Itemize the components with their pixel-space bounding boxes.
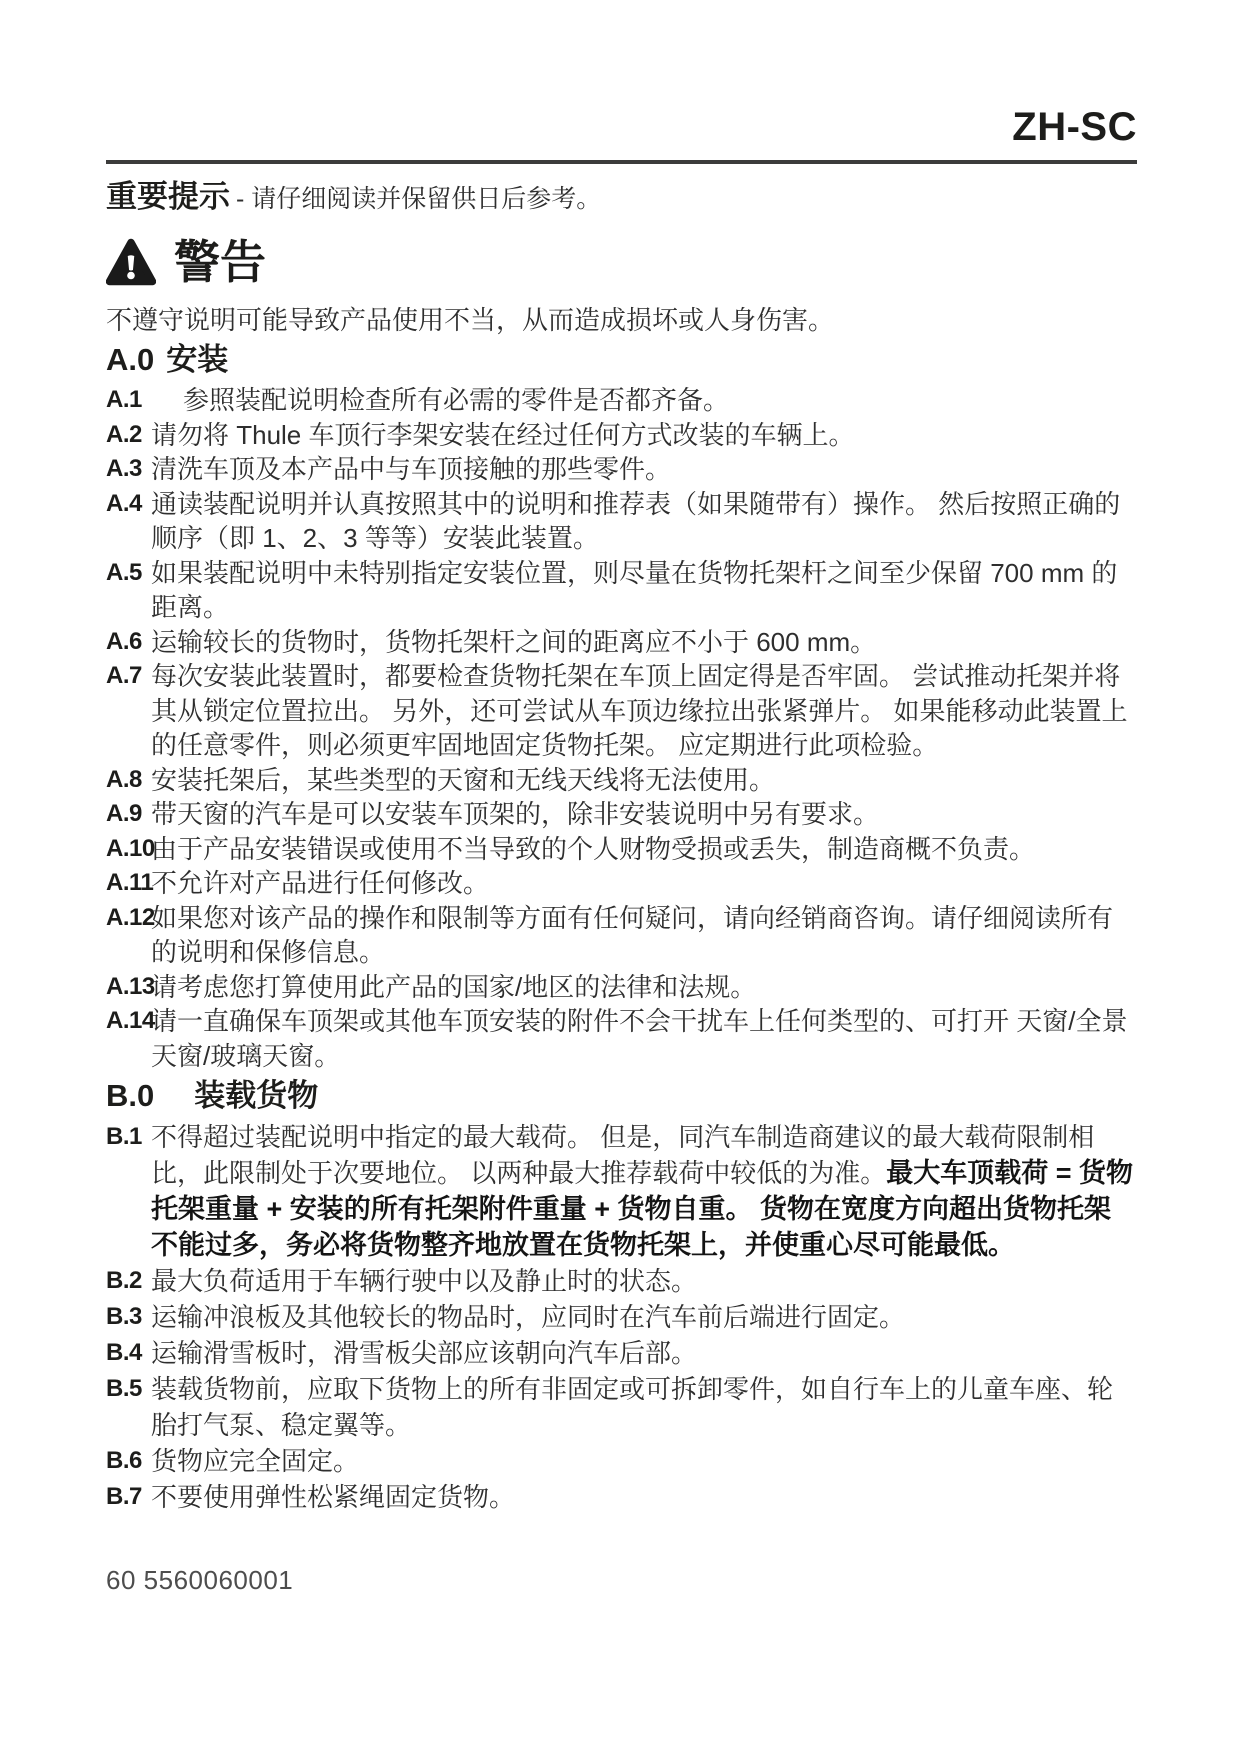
- important-notice-text: - 请仔细阅读并保留供日后参考。: [236, 185, 601, 213]
- item-b7: B.7不要使用弹性松紧绳固定货物。: [106, 1479, 1137, 1515]
- item-text: 由于产品安装错误或使用不当导致的个人财物受损或丢失，制造商概不负责。: [151, 832, 1137, 867]
- item-a13: A.13请考虑您打算使用此产品的国家/地区的法律和法规。: [106, 970, 1137, 1005]
- item-text: 参照装配说明检查所有必需的零件是否都齐备。: [151, 383, 1137, 418]
- warning-header: 警告: [106, 230, 1137, 294]
- section-id: A.0: [106, 342, 154, 377]
- item-text: 清洗车顶及本产品中与车顶接触的那些零件。: [151, 452, 1137, 487]
- item-number: B.5: [106, 1371, 151, 1443]
- item-a4: A.4通读装配说明并认真按照其中的说明和推荐表（如果随带有）操作。 然后按照正确…: [106, 487, 1137, 556]
- language-code-label: ZH-SC: [106, 106, 1137, 148]
- item-number: A.2: [106, 418, 151, 453]
- warning-title: 警告: [174, 239, 266, 285]
- item-text: 运输冲浪板及其他较长的物品时，应同时在汽车前后端进行固定。: [151, 1299, 1137, 1335]
- item-text: 请勿将 Thule 车顶行李架安装在经过任何方式改装的车辆上。: [151, 418, 1137, 453]
- item-text: 运输较长的货物时，货物托架杆之间的距离应不小于 600 mm。: [151, 625, 1137, 660]
- item-text: 不允许对产品进行任何修改。: [151, 866, 1137, 901]
- item-a1: A.1参照装配说明检查所有必需的零件是否都齐备。: [106, 383, 1137, 418]
- item-number: A.7: [106, 659, 151, 763]
- item-number: B.3: [106, 1299, 151, 1335]
- item-number: B.6: [106, 1443, 151, 1479]
- item-a5: A.5如果装配说明中未特别指定安装位置，则尽量在货物托架杆之间至少保留 700 …: [106, 556, 1137, 625]
- item-text: 安装托架后，某些类型的天窗和无线天线将无法使用。: [151, 763, 1137, 798]
- item-text: 每次安装此装置时，都要检查货物托架在车顶上固定得是否牢固。 尝试推动托架并将其从…: [151, 659, 1137, 763]
- item-number: A.4: [106, 487, 151, 556]
- item-a2: A.2请勿将 Thule 车顶行李架安装在经过任何方式改装的车辆上。: [106, 418, 1137, 453]
- item-number: A.14: [106, 1004, 151, 1073]
- installation-items: A.1参照装配说明检查所有必需的零件是否都齐备。 A.2请勿将 Thule 车顶…: [106, 383, 1137, 1073]
- item-number: A.5: [106, 556, 151, 625]
- item-number: B.2: [106, 1263, 151, 1299]
- important-notice-title: 重要提示: [106, 179, 230, 214]
- important-notice: 重要提示- 请仔细阅读并保留供日后参考。: [106, 179, 1137, 217]
- item-number: A.12: [106, 901, 151, 970]
- item-b4: B.4运输滑雪板时，滑雪板尖部应该朝向汽车后部。: [106, 1335, 1137, 1371]
- warning-triangle-icon: [106, 231, 156, 293]
- section-name: 安装: [166, 342, 228, 377]
- section-id: B.0: [106, 1078, 154, 1113]
- item-text: 运输滑雪板时，滑雪板尖部应该朝向汽车后部。: [151, 1335, 1137, 1371]
- item-text: 不得超过装配说明中指定的最大载荷。 但是，同汽车制造商建议的最大载荷限制相比，此…: [151, 1119, 1137, 1263]
- item-text: 不要使用弹性松紧绳固定货物。: [151, 1479, 1137, 1515]
- item-text: 最大负荷适用于车辆行驶中以及静止时的状态。: [151, 1263, 1137, 1299]
- item-a7: A.7每次安装此装置时，都要检查货物托架在车顶上固定得是否牢固。 尝试推动托架并…: [106, 659, 1137, 763]
- item-b6: B.6货物应完全固定。: [106, 1443, 1137, 1479]
- manual-page: ZH-SC 重要提示- 请仔细阅读并保留供日后参考。 警告 不遵守说明可能导致产…: [0, 0, 1241, 1596]
- item-a8: A.8安装托架后，某些类型的天窗和无线天线将无法使用。: [106, 763, 1137, 798]
- section-heading-installation: A.0安装: [106, 339, 1137, 381]
- item-text: 如果您对该产品的操作和限制等方面有任何疑问，请向经销商咨询。请仔细阅读所有的说明…: [151, 901, 1137, 970]
- item-text: 货物应完全固定。: [151, 1443, 1137, 1479]
- item-text: 请一直确保车顶架或其他车顶安装的附件不会干扰车上任何类型的、可打开 天窗/全景天…: [151, 1004, 1137, 1073]
- item-text: 请考虑您打算使用此产品的国家/地区的法律和法规。: [151, 970, 1137, 1005]
- item-number: A.8: [106, 763, 151, 798]
- item-number: A.1: [106, 383, 151, 418]
- warning-body-text: 不遵守说明可能导致产品使用不当，从而造成损坏或人身伤害。: [106, 303, 1137, 337]
- item-b3: B.3运输冲浪板及其他较长的物品时，应同时在汽车前后端进行固定。: [106, 1299, 1137, 1335]
- section-name: 装载货物: [194, 1078, 318, 1113]
- item-a9: A.9带天窗的汽车是可以安装车顶架的，除非安装说明中另有要求。: [106, 797, 1137, 832]
- item-number: B.1: [106, 1119, 151, 1263]
- item-a10: A.10由于产品安装错误或使用不当导致的个人财物受损或丢失，制造商概不负责。: [106, 832, 1137, 867]
- item-b2: B.2最大负荷适用于车辆行驶中以及静止时的状态。: [106, 1263, 1137, 1299]
- item-b5: B.5装载货物前，应取下货物上的所有非固定或可拆卸零件，如自行车上的儿童车座、轮…: [106, 1371, 1137, 1443]
- section-heading-loading: B.0装载货物: [106, 1075, 1137, 1117]
- item-number: A.3: [106, 452, 151, 487]
- item-a12: A.12如果您对该产品的操作和限制等方面有任何疑问，请向经销商咨询。请仔细阅读所…: [106, 901, 1137, 970]
- item-number: A.13: [106, 970, 151, 1005]
- item-a6: A.6运输较长的货物时，货物托架杆之间的距离应不小于 600 mm。: [106, 625, 1137, 660]
- item-number: B.4: [106, 1335, 151, 1371]
- item-text: 装载货物前，应取下货物上的所有非固定或可拆卸零件，如自行车上的儿童车座、轮胎打气…: [151, 1371, 1137, 1443]
- loading-items: B.1不得超过装配说明中指定的最大载荷。 但是，同汽车制造商建议的最大载荷限制相…: [106, 1119, 1137, 1515]
- item-number: B.7: [106, 1479, 151, 1515]
- item-text: 带天窗的汽车是可以安装车顶架的，除非安装说明中另有要求。: [151, 797, 1137, 832]
- item-text: 通读装配说明并认真按照其中的说明和推荐表（如果随带有）操作。 然后按照正确的顺序…: [151, 487, 1137, 556]
- item-a11: A.11不允许对产品进行任何修改。: [106, 866, 1137, 901]
- item-number: A.11: [106, 866, 151, 901]
- item-text: 如果装配说明中未特别指定安装位置，则尽量在货物托架杆之间至少保留 700 mm …: [151, 556, 1137, 625]
- item-a14: A.14请一直确保车顶架或其他车顶安装的附件不会干扰车上任何类型的、可打开 天窗…: [106, 1004, 1137, 1073]
- header-rule: [106, 160, 1137, 164]
- item-b1: B.1不得超过装配说明中指定的最大载荷。 但是，同汽车制造商建议的最大载荷限制相…: [106, 1119, 1137, 1263]
- item-number: A.9: [106, 797, 151, 832]
- item-a3: A.3清洗车顶及本产品中与车顶接触的那些零件。: [106, 452, 1137, 487]
- item-number: A.6: [106, 625, 151, 660]
- item-number: A.10: [106, 832, 151, 867]
- part-number: 60 5560060001: [106, 1565, 1137, 1596]
